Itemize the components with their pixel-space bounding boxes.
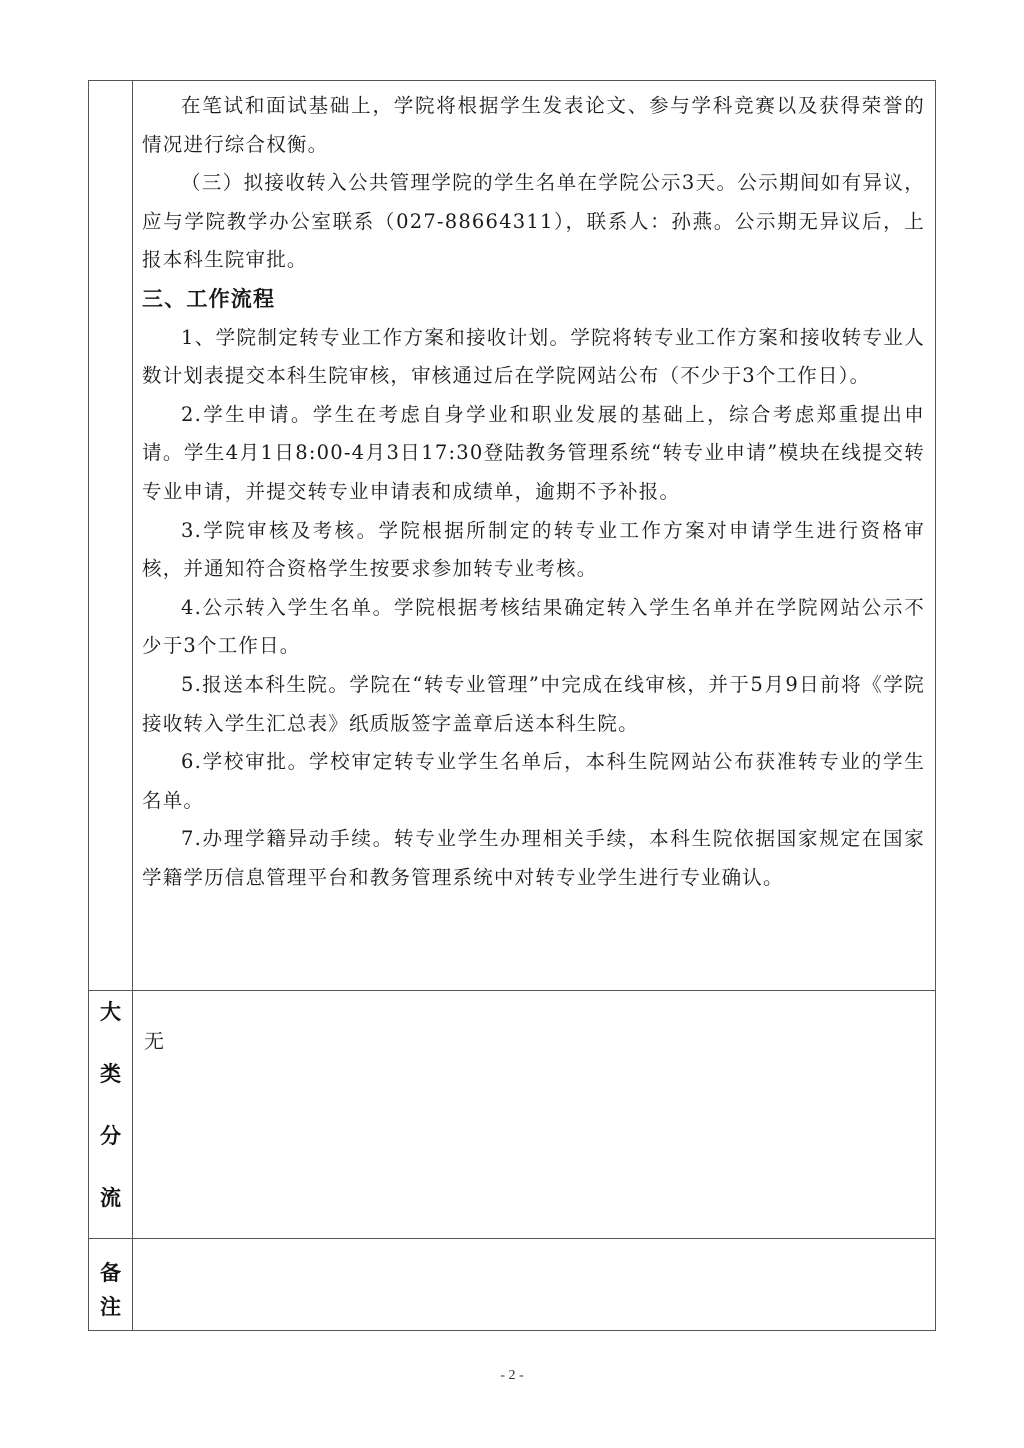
document-table: 在笔试和面试基础上，学院将根据学生发表论文、参与学科竞赛以及获得荣誉的情况进行综… bbox=[88, 80, 936, 1331]
row-divider-remarks bbox=[89, 1238, 935, 1239]
label-char: 分 bbox=[89, 1120, 132, 1182]
workflow-step-2: 2.学生申请。学生在考虑自身学业和职业发展的基础上，综合考虑郑重提出申请。学生4… bbox=[142, 396, 925, 512]
paragraph-evaluation: 在笔试和面试基础上，学院将根据学生发表论文、参与学科竞赛以及获得荣誉的情况进行综… bbox=[142, 87, 925, 164]
workflow-step-4: 4.公示转入学生名单。学院根据考核结果确定转入学生名单并在学院网站公示不少于3个… bbox=[142, 589, 925, 666]
label-char: 流 bbox=[89, 1182, 132, 1244]
workflow-step-1: 1、学院制定转专业工作方案和接收计划。学院将转专业工作方案和接收转专业人数计划表… bbox=[142, 319, 925, 396]
workflow-step-6: 6.学校审批。学校审定转专业学生名单后，本科生院网站公布获准转专业的学生名单。 bbox=[142, 743, 925, 820]
workflow-step-5: 5.报送本科生院。学院在“转专业管理”中完成在线审核，并于5月9日前将《学院接收… bbox=[142, 666, 925, 743]
column-divider bbox=[132, 81, 133, 1330]
label-char: 注 bbox=[89, 1290, 132, 1324]
category-stream-value: 无 bbox=[144, 1025, 164, 1054]
workflow-step-3: 3.学院审核及考核。学院根据所制定的转专业工作方案对申请学生进行资格审核，并通知… bbox=[142, 512, 925, 589]
paragraph-publicity: （三）拟接收转入公共管理学院的学生名单在学院公示3天。公示期间如有异议，应与学院… bbox=[142, 164, 925, 280]
process-content-cell: 在笔试和面试基础上，学院将根据学生发表论文、参与学科竞赛以及获得荣誉的情况进行综… bbox=[142, 87, 925, 897]
page-number: - 2 - bbox=[0, 1368, 1024, 1384]
label-char: 类 bbox=[89, 1058, 132, 1120]
category-stream-label: 大 类 分 流 bbox=[89, 996, 132, 1244]
label-char: 备 bbox=[89, 1256, 132, 1290]
label-char: 大 bbox=[89, 996, 132, 1058]
workflow-heading: 三、工作流程 bbox=[142, 280, 925, 319]
remarks-label: 备 注 bbox=[89, 1256, 132, 1324]
workflow-step-7: 7.办理学籍异动手续。转专业学生办理相关手续，本科生院依据国家规定在国家学籍学历… bbox=[142, 820, 925, 897]
row-divider-category bbox=[89, 990, 935, 991]
